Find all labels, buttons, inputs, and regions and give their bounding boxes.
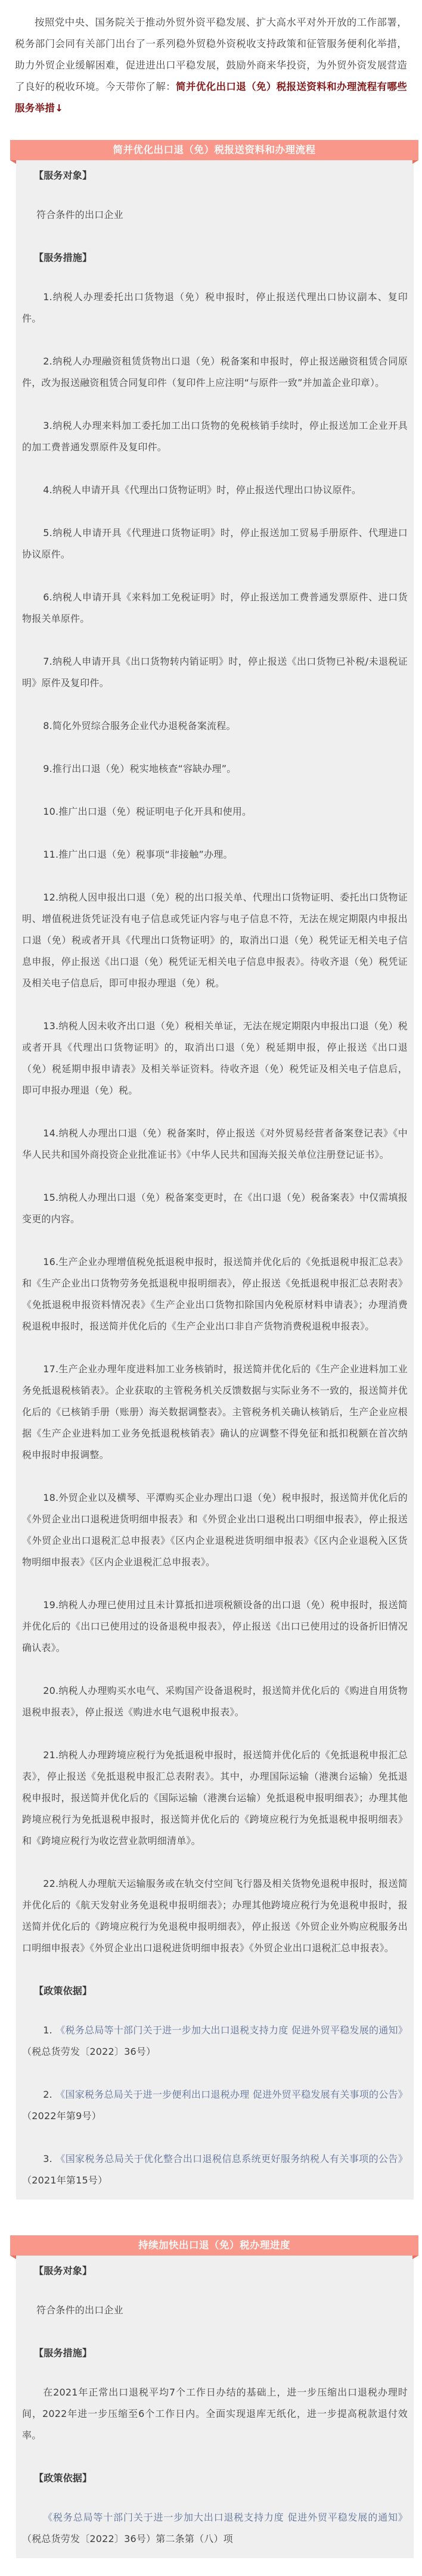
- measure-item: 在2021年正常出口退税平均7个工作日办结的基础上，进一步压缩出口退税办理时间，…: [22, 2382, 408, 2446]
- policy-document-link[interactable]: 《国家税务总局关于进一步便利出口退税办理 促进外贸平稳发展有关事项的公告》: [55, 2089, 408, 2100]
- measure-item: 13.纳税人因未收齐出口退（免）税相关单证，无法在规定期限内申报出口退（免）税或…: [22, 1016, 408, 1101]
- section-card: 简并优化出口退（免）税报送资料和办理流程 【服务对象】 符合条件的出口企业 【服…: [0, 140, 422, 2200]
- section-header-band: 简并优化出口退（免）税报送资料和办理流程: [10, 140, 418, 160]
- policy-doc-number: （税总货劳发〔2022〕36号）: [22, 2046, 156, 2057]
- policy-basis-item: 1. 《税务总局等十部门关于进一步加大出口退税支持力度 促进外贸平稳发展的通知》…: [22, 2020, 408, 2063]
- ribbon-fold-left-icon: [10, 2256, 16, 2259]
- policy-basis-label: 【政策依据】: [22, 1980, 408, 2002]
- ribbon-fold-right-icon: [412, 160, 418, 164]
- measures-list: 1.纳税人办理委托出口货物退（免）税申报时，停止报送代理出口协议副本、复印件。2…: [22, 286, 408, 1959]
- measure-item: 11.推广出口退（免）税事项“非接触”办理。: [22, 844, 408, 865]
- policy-doc-number: （2022年第9号）: [22, 2110, 101, 2122]
- measure-item: 14.纳税人办理出口退（免）税备案时，停止报送《对外贸易经营者备案登记表》《中华…: [22, 1123, 408, 1166]
- measure-item: 15.纳税人办理出口退（免）税备案变更时，在《出口退（免）税备案表》中仅需填报变…: [22, 1187, 408, 1230]
- policy-basis-item: 3. 《国家税务总局关于优化整合出口退税信息系统更好服务纳税人有关事项的公告》（…: [22, 2148, 408, 2191]
- policy-basis-label: 【政策依据】: [22, 2468, 408, 2489]
- measure-item: 17.生产企业办理年度进料加工业务核销时，报送简并优化后的《生产企业进料加工业务…: [22, 1359, 408, 1466]
- measure-item: 7.纳税人申请开具《出口货物转内销证明》时，停止报送《出口货物已补税/未退税证明…: [22, 651, 408, 694]
- policy-doc-number: （税总货劳发〔2022〕36号）第二条第（八）项: [22, 2533, 233, 2544]
- service-measures-label: 【服务措施】: [22, 247, 408, 269]
- ribbon-fold-right-icon: [412, 2256, 418, 2259]
- measure-item: 3.纳税人办理来料加工委托加工出口货物的免税核销手续时，停止报送加工企业开具的加…: [22, 415, 408, 458]
- measure-item: 19.纳税人办理已使用过且未计算抵扣进项税额设备的出口退（免）税申报时，报送简并…: [22, 1594, 408, 1659]
- measure-item: 10.推广出口退（免）税证明电子化开具和使用。: [22, 801, 408, 823]
- article: 按照党中央、国务院关于推动外贸外资平稳发展、扩大高水平对外开放的工作部署，税务部…: [0, 0, 422, 2576]
- measure-item: 18.外贸企业以及横琴、平潭购买企业办理出口退（免）税申报时，报送简并优化后的《…: [22, 1487, 408, 1573]
- measures-list: 在2021年正常出口退税平均7个工作日办结的基础上，进一步压缩出口退税办理时间，…: [22, 2382, 408, 2446]
- measure-item: 21.纳税人办理跨境应税行为免抵退税申报时，报送简并优化后的《免抵退税申报汇总表…: [22, 1745, 408, 1852]
- policy-number: 3.: [43, 2153, 55, 2164]
- measure-item: 5.纳税人申请开具《代理进口货物证明》时，停止报送加工贸易手册原件、代理进口协议…: [22, 522, 408, 565]
- measure-item: 22.纳税人办理航天运输服务或在轨交付空间飞行器及相关货物免退税申报时，报送简并…: [22, 1873, 408, 1959]
- policy-document-link[interactable]: 《国家税务总局关于优化整合出口退税信息系统更好服务纳税人有关事项的公告》: [55, 2153, 408, 2164]
- service-measures-label: 【服务措施】: [22, 2343, 408, 2364]
- measure-item: 6.纳税人申请开具《来料加工免税证明》时，停止报送加工费普通发票原件、进口货物报…: [22, 587, 408, 630]
- section-title: 简并优化出口退（免）税报送资料和办理流程: [113, 144, 316, 155]
- policy-document-link[interactable]: 《税务总局等十部门关于进一步加大出口退税支持力度 促进外贸平稳发展的通知》: [55, 2024, 408, 2036]
- policy-basis-item: 《税务总局等十部门关于进一步加大出口退税支持力度 促进外贸平稳发展的通知》（税总…: [22, 2507, 408, 2550]
- policy-number: 1.: [43, 2024, 55, 2036]
- section-header-band: 持续加快出口退（免）税办理进度: [10, 2235, 418, 2256]
- section-card: 持续加快出口退（免）税办理进度 【服务对象】 符合条件的出口企业 【服务措施】 …: [0, 2235, 422, 2558]
- policy-document-link[interactable]: 《税务总局等十部门关于进一步加大出口退税支持力度 促进外贸平稳发展的通知》: [43, 2512, 408, 2523]
- measure-item: 16.生产企业办理增值税免抵退税申报时，报送简并优化后的《免抵退税申报汇总表》和…: [22, 1251, 408, 1337]
- intro-paragraph: 按照党中央、国务院关于推动外贸外资平稳发展、扩大高水平对外开放的工作部署，税务部…: [15, 12, 407, 119]
- policy-basis-item: 2. 《国家税务总局关于进一步便利出口退税办理 促进外贸平稳发展有关事项的公告》…: [22, 2084, 408, 2127]
- policy-doc-number: （2021年第15号）: [22, 2175, 107, 2186]
- measure-item: 8.简化外贸综合服务企业代办退税备案流程。: [22, 715, 408, 737]
- ribbon-fold-left-icon: [10, 160, 16, 164]
- service-target-text: 符合条件的出口企业: [22, 204, 408, 226]
- section-title: 持续加快出口退（免）税办理进度: [138, 2239, 290, 2251]
- policy-basis-list: 1. 《税务总局等十部门关于进一步加大出口退税支持力度 促进外贸平稳发展的通知》…: [22, 2020, 408, 2191]
- service-target-text: 符合条件的出口企业: [22, 2300, 408, 2321]
- measure-item: 9.推行出口退（免）税实地核查“容缺办理”。: [22, 758, 408, 780]
- section-body: 【服务对象】 符合条件的出口企业 【服务措施】 1.纳税人办理委托出口货物退（免…: [16, 160, 414, 2200]
- measure-item: 2.纳税人办理融资租赁货物出口退（免）税备案和申报时，停止报送融资租赁合同原件，…: [22, 351, 408, 394]
- service-target-label: 【服务对象】: [22, 165, 408, 186]
- policy-number: 2.: [43, 2089, 55, 2100]
- measure-item: 20.纳税人办理购买水电气、采购国产设备退税时，报送简并优化后的《购进自用货物退…: [22, 1680, 408, 1723]
- measure-item: 4.纳税人申请开具《代理出口货物证明》时，停止报送代理出口协议原件。: [22, 479, 408, 501]
- measure-item: 1.纳税人办理委托出口货物退（免）税申报时，停止报送代理出口协议副本、复印件。: [22, 286, 408, 329]
- service-target-label: 【服务对象】: [22, 2260, 408, 2282]
- measure-item: 12.纳税人因申报出口退（免）税的出口报关单、代理出口货物证明、委托出口货物证明…: [22, 887, 408, 994]
- section-body: 【服务对象】 符合条件的出口企业 【服务措施】 在2021年正常出口退税平均7个…: [16, 2256, 414, 2558]
- policy-basis-list: 《税务总局等十部门关于进一步加大出口退税支持力度 促进外贸平稳发展的通知》（税总…: [22, 2507, 408, 2550]
